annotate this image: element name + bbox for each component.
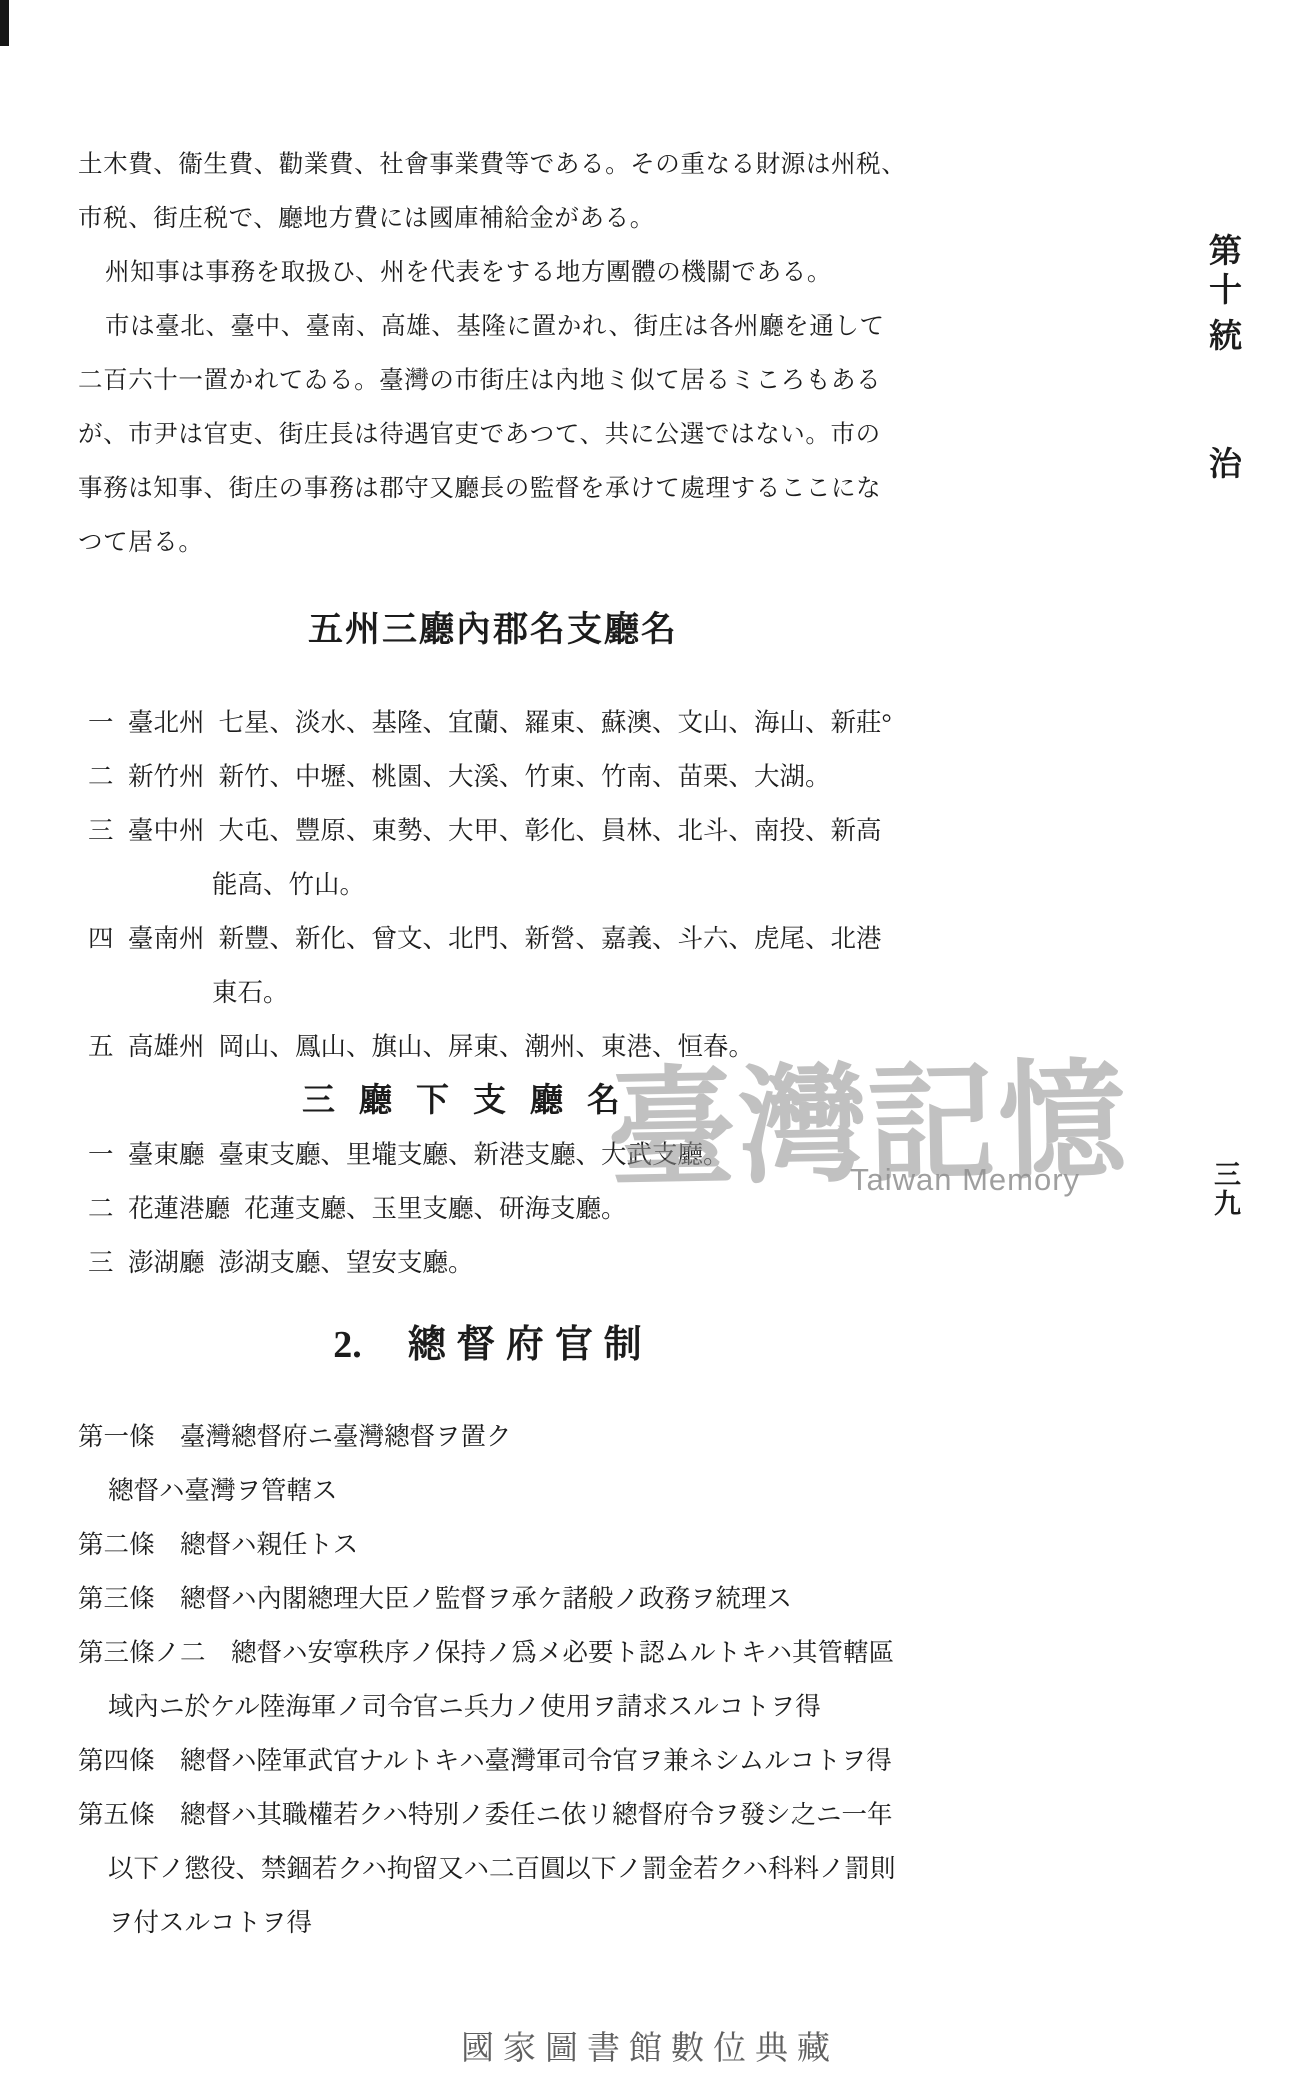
- body-line: が、市尹は官吏、街庄長は待遇官吏であつて、共に公選ではない。市の: [78, 408, 908, 462]
- office-name: 臺東廳: [128, 1128, 205, 1182]
- body-line: 市は臺北、臺中、臺南、高雄、基隆に置かれ、街庄は各州廳を通して: [78, 300, 908, 354]
- list-number: 二: [78, 1182, 128, 1236]
- article-line: ヲ付スルコトヲ得: [78, 1896, 908, 1950]
- list-number: 一: [78, 696, 128, 750]
- prefecture-name: 臺北州: [128, 696, 205, 750]
- article-line: 以下ノ懲役、禁錮若クハ拘留又ハ二百圓以下ノ罰金若クハ科料ノ罰則: [78, 1842, 908, 1896]
- margin-chapter-word-2: 治: [1199, 446, 1246, 485]
- district-names-continuation: 東石。: [78, 966, 908, 1020]
- scan-edge-artifact: [0, 0, 9, 46]
- body-line: 土木費、衞生費、勸業費、社會事業費等である。その重なる財源は州税、: [78, 138, 908, 192]
- section-title: 總督府官制: [408, 1320, 653, 1370]
- list-item: 三 臺中州 大屯、豐原、東勢、大甲、彰化、員林、北斗、南投、新高: [78, 804, 908, 858]
- section-number: 2.: [333, 1320, 362, 1370]
- district-names-continuation: 能高、竹山。: [78, 858, 908, 912]
- article-line: 第三條ノ二 總督ハ安寧秩序ノ保持ノ爲メ必要ト認ムルトキハ其管轄區: [78, 1626, 908, 1680]
- taiwan-memory-watermark-latin: Taiwan Memory: [850, 1162, 1080, 1198]
- list-item: 二 新竹州 新竹、中壢、桃園、大溪、竹東、竹南、苗栗、大湖。: [78, 750, 908, 804]
- section-heading-prefectures: 五州三廳內郡名支廳名: [78, 606, 908, 654]
- article-line: 總督ハ臺灣ヲ管轄ス: [78, 1464, 908, 1518]
- office-name: 澎湖廳: [128, 1236, 205, 1290]
- article-line: 第三條 總督ハ內閣總理大臣ノ監督ヲ承ケ諸般ノ政務ヲ統理ス: [78, 1572, 908, 1626]
- list-item: 一 臺北州 七星、淡水、基隆、宜蘭、羅東、蘇澳、文山、海山、新莊°: [78, 696, 908, 750]
- branch-office-names: 花蓮支廳、玉里支廳、研海支廳。: [244, 1182, 627, 1236]
- section-heading-government-ordinance: 2. 總督府官制: [78, 1320, 908, 1370]
- body-line: 市税、街庄税で、廳地方費には國庫補給金がある。: [78, 192, 908, 246]
- prefecture-name: 臺南州: [128, 912, 205, 966]
- scanned-document-page: 土木費、衞生費、勸業費、社會事業費等である。その重なる財源は州税、 市税、街庄税…: [0, 0, 1300, 2100]
- body-line: 二百六十一置かれてゐる。臺灣の市街庄は內地ミ似て居るミころもある: [78, 354, 908, 408]
- margin-chapter-label: 第十: [1199, 233, 1246, 311]
- list-item: 三 澎湖廳 澎湖支廳、望安支廳。: [78, 1236, 908, 1290]
- article-line: 第四條 總督ハ陸軍武官ナルトキハ臺灣軍司令官ヲ兼ネシムルコトヲ得: [78, 1734, 908, 1788]
- article-line: 第二條 總督ハ親任トス: [78, 1518, 908, 1572]
- district-names: 大屯、豐原、東勢、大甲、彰化、員林、北斗、南投、新高: [219, 804, 882, 858]
- article-line: 域內ニ於ケル陸海軍ノ司令官ニ兵力ノ使用ヲ請求スルコトヲ得: [78, 1680, 908, 1734]
- branch-office-names: 澎湖支廳、望安支廳。: [219, 1236, 474, 1290]
- page-number: 三九: [1206, 1160, 1245, 1218]
- district-names: 新豐、新化、曾文、北門、新營、嘉義、斗六、虎尾、北港: [219, 912, 882, 966]
- library-footer: 國家圖書館數位典藏: [0, 2022, 1300, 2069]
- list-number: 三: [78, 1236, 128, 1290]
- list-number: 二: [78, 750, 128, 804]
- article-line: 第五條 總督ハ其職權若クハ特別ノ委任ニ依リ總督府令ヲ發シ之ニ一年: [78, 1788, 908, 1842]
- prefecture-name: 高雄州: [128, 1020, 205, 1074]
- body-line: つて居る。: [78, 516, 908, 570]
- margin-chapter-word-1: 統: [1199, 318, 1246, 357]
- list-number: 一: [78, 1128, 128, 1182]
- list-item: 四 臺南州 新豐、新化、曾文、北門、新營、嘉義、斗六、虎尾、北港: [78, 912, 908, 966]
- office-name: 花蓮港廳: [128, 1182, 230, 1236]
- district-names: 七星、淡水、基隆、宜蘭、羅東、蘇澳、文山、海山、新莊°: [219, 696, 892, 750]
- list-number: 五: [78, 1020, 128, 1074]
- article-line: 第一條 臺灣總督府ニ臺灣總督ヲ置ク: [78, 1410, 908, 1464]
- body-line: 事務は知事、街庄の事務は郡守又廳長の監督を承けて處理するここにな: [78, 462, 908, 516]
- list-number: 四: [78, 912, 128, 966]
- list-number: 三: [78, 804, 128, 858]
- district-names: 新竹、中壢、桃園、大溪、竹東、竹南、苗栗、大湖。: [219, 750, 831, 804]
- body-line: 州知事は事務を取扱ひ、州を代表をする地方團體の機關である。: [78, 246, 908, 300]
- prefecture-name: 臺中州: [128, 804, 205, 858]
- prefecture-name: 新竹州: [128, 750, 205, 804]
